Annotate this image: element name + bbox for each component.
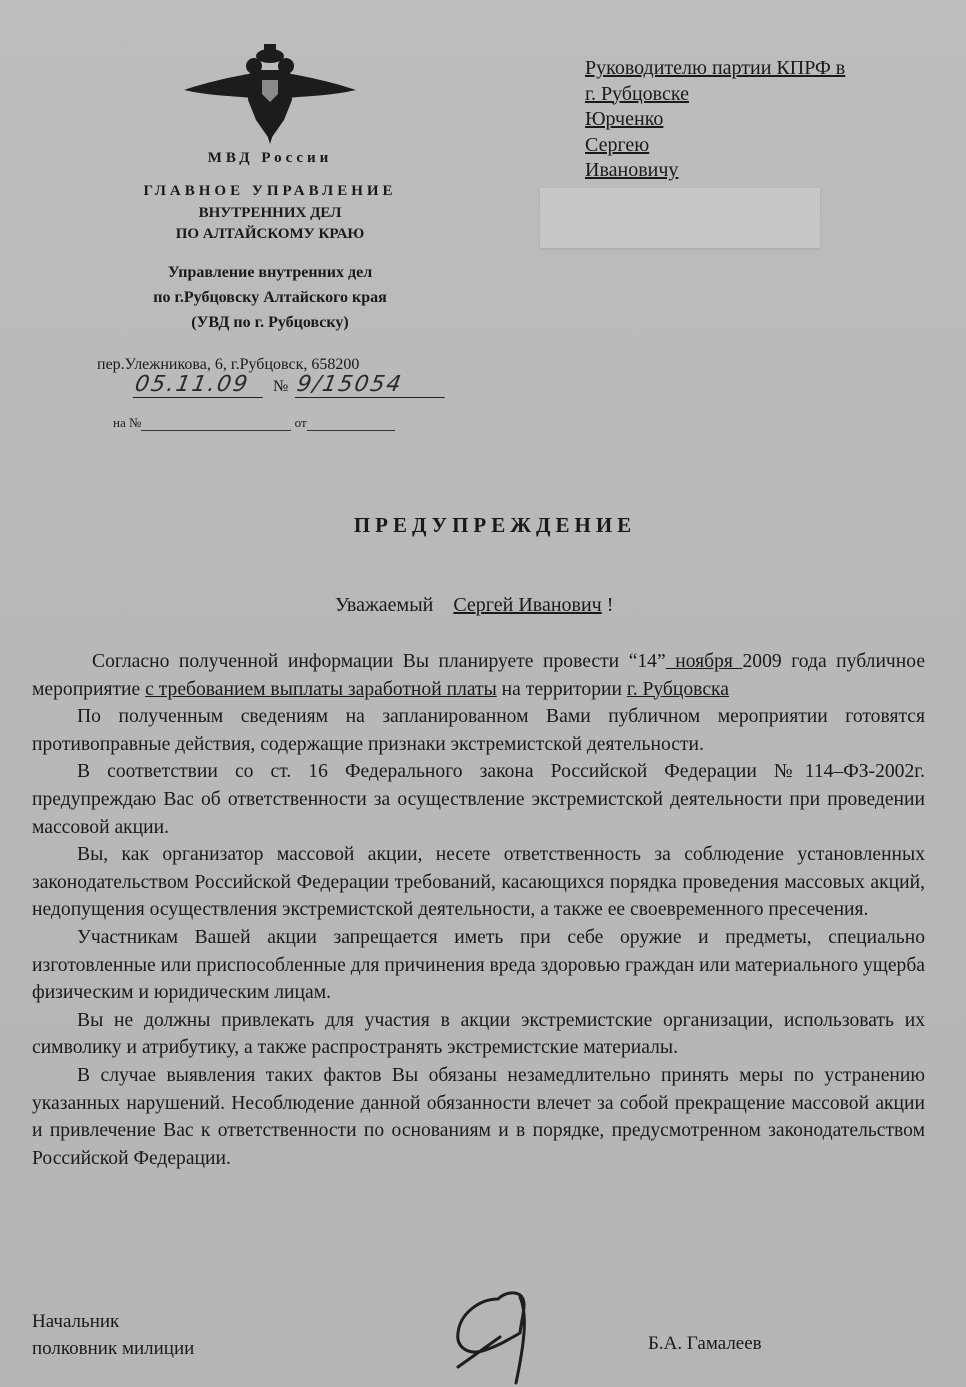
addressee-line: Ивановичу xyxy=(585,158,845,184)
directorate-line-2: ВНУТРЕННИХ ДЕЛ xyxy=(95,205,445,222)
greeting: УважаемыйСергей Иванович ! xyxy=(335,594,613,617)
paragraph-1: Согласно полученной информации Вы планир… xyxy=(32,648,925,703)
document-page: МВД России ГЛАВНОЕ УПРАВЛЕНИЕ ВНУТРЕННИХ… xyxy=(0,0,966,1387)
greeting-prefix: Уважаемый xyxy=(335,594,433,616)
addressee-line: Сергею xyxy=(585,133,845,159)
paragraph-7: В случае выявления таких фактов Вы обяза… xyxy=(32,1062,925,1172)
document-body: Согласно полученной информации Вы планир… xyxy=(32,648,925,1172)
reply-reference: на № от xyxy=(113,415,395,431)
department-line-3: (УВД по г. Рубцовску) xyxy=(95,314,445,332)
event-month: ноября xyxy=(666,651,743,672)
outgoing-number: 9/15054 xyxy=(295,372,450,398)
eagle-emblem-icon xyxy=(180,40,360,150)
event-place: г. Рубцовска xyxy=(627,679,729,700)
directorate-line-3: ПО АЛТАЙСКОМУ КРАЮ xyxy=(95,226,445,243)
paragraph-4: Вы, как организатор массовой акции, несе… xyxy=(32,841,925,924)
addressee-line: Юрченко xyxy=(585,107,845,133)
paragraph-3: В соответствии со ст. 16 Федерального за… xyxy=(32,758,925,841)
department-line-2: по г.Рубцовску Алтайского края xyxy=(95,289,445,307)
document-title: ПРЕДУПРЕЖДЕНИЕ xyxy=(0,513,966,538)
addressee-line: г. Рубцовске xyxy=(585,82,845,108)
reply-to-label: на № xyxy=(113,415,141,430)
addressee-block: Руководителю партии КПРФ в г. Рубцовске … xyxy=(585,56,845,184)
redacted-area xyxy=(540,188,820,248)
signer-name: Б.А. Гамалеев xyxy=(648,1333,762,1355)
ministry-name: МВД России xyxy=(95,150,445,167)
paragraph-5: Участникам Вашей акции запрещается иметь… xyxy=(32,924,925,1007)
outgoing-date: 05.11.09 xyxy=(133,372,268,398)
event-purpose: с требованием выплаты заработной платы xyxy=(145,679,497,700)
p1-text-a: Согласно полученной информации Вы планир… xyxy=(92,651,666,672)
department-line-1: Управление внутренних дел xyxy=(95,264,445,282)
registration-line: 05.11.09 № 9/15054 xyxy=(115,372,445,402)
signer-position-line-2: полковник милиции xyxy=(32,1338,194,1360)
directorate-line-1: ГЛАВНОЕ УПРАВЛЕНИЕ xyxy=(95,183,445,200)
reply-number-blank xyxy=(141,416,291,431)
signer-position-line-1: Начальник xyxy=(32,1311,119,1333)
reply-from-label: от xyxy=(295,415,307,430)
signature-icon xyxy=(440,1285,550,1385)
number-label: № xyxy=(273,378,288,396)
p1-text-c: на территории xyxy=(497,679,627,700)
addressee-line: Руководителю партии КПРФ в xyxy=(585,56,845,82)
greeting-suffix: ! xyxy=(602,594,614,616)
paragraph-6: Вы не должны привлекать для участия в ак… xyxy=(32,1007,925,1062)
reply-date-blank xyxy=(307,416,395,431)
paragraph-2: По полученным сведениям на запланированн… xyxy=(32,703,925,758)
greeting-name: Сергей Иванович xyxy=(453,594,601,616)
